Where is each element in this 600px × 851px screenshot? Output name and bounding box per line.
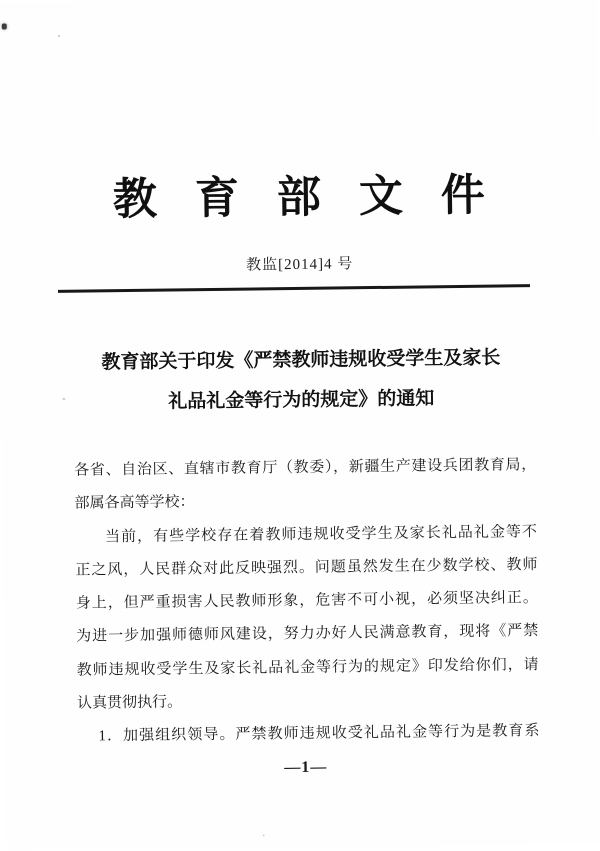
scanned-document-page: 教育部文件 教监[2014]4 号 教育部关于印发《严禁教师违规收受学生及家长 … xyxy=(0,0,600,847)
header-separator-line xyxy=(58,284,530,293)
notice-title: 教育部关于印发《严禁教师违规收受学生及家长 礼品礼金等行为的规定》的通知 xyxy=(1,337,600,424)
document-number: 教监[2014]4 号 xyxy=(0,249,600,277)
scan-speck xyxy=(58,35,60,37)
body-line: 身上，但严重损害人民教师形象，危害不可小视，必须坚决纠正。 xyxy=(76,582,538,621)
document-body: 各省、自治区、直辖市教育厅（教委），新疆生产建设兵团教育局， 部属各高等学校： … xyxy=(74,449,540,754)
body-line: 教师违规收受学生及家长礼品礼金等行为的规定》印发给你们，请 xyxy=(76,649,538,688)
scan-speck xyxy=(2,24,7,30)
body-line: 1．加强组织领导。严禁教师违规收受礼品礼金等行为是教育系 xyxy=(77,715,539,754)
body-line: 部属各高等学校： xyxy=(74,482,536,521)
body-line: 为进一步加强师德师风建设，努力办好人民满意教育，现将《严禁 xyxy=(76,615,538,654)
document-header-title: 教育部文件 xyxy=(0,157,599,228)
notice-title-line-2: 礼品礼金等行为的规定》的通知 xyxy=(1,377,600,424)
page-number: —1— xyxy=(6,755,600,780)
body-line: 各省、自治区、直辖市教育厅（教委），新疆生产建设兵团教育局， xyxy=(74,449,536,488)
scan-speck xyxy=(263,834,265,836)
body-line: 正之风，人民群众对此反映强烈。问题虽然发生在少数学校、教师 xyxy=(75,549,537,588)
body-line: 认真贯彻执行。 xyxy=(77,682,539,721)
body-line: 当前，有些学校存在着教师违规收受学生及家长礼品礼金等不 xyxy=(75,516,537,555)
